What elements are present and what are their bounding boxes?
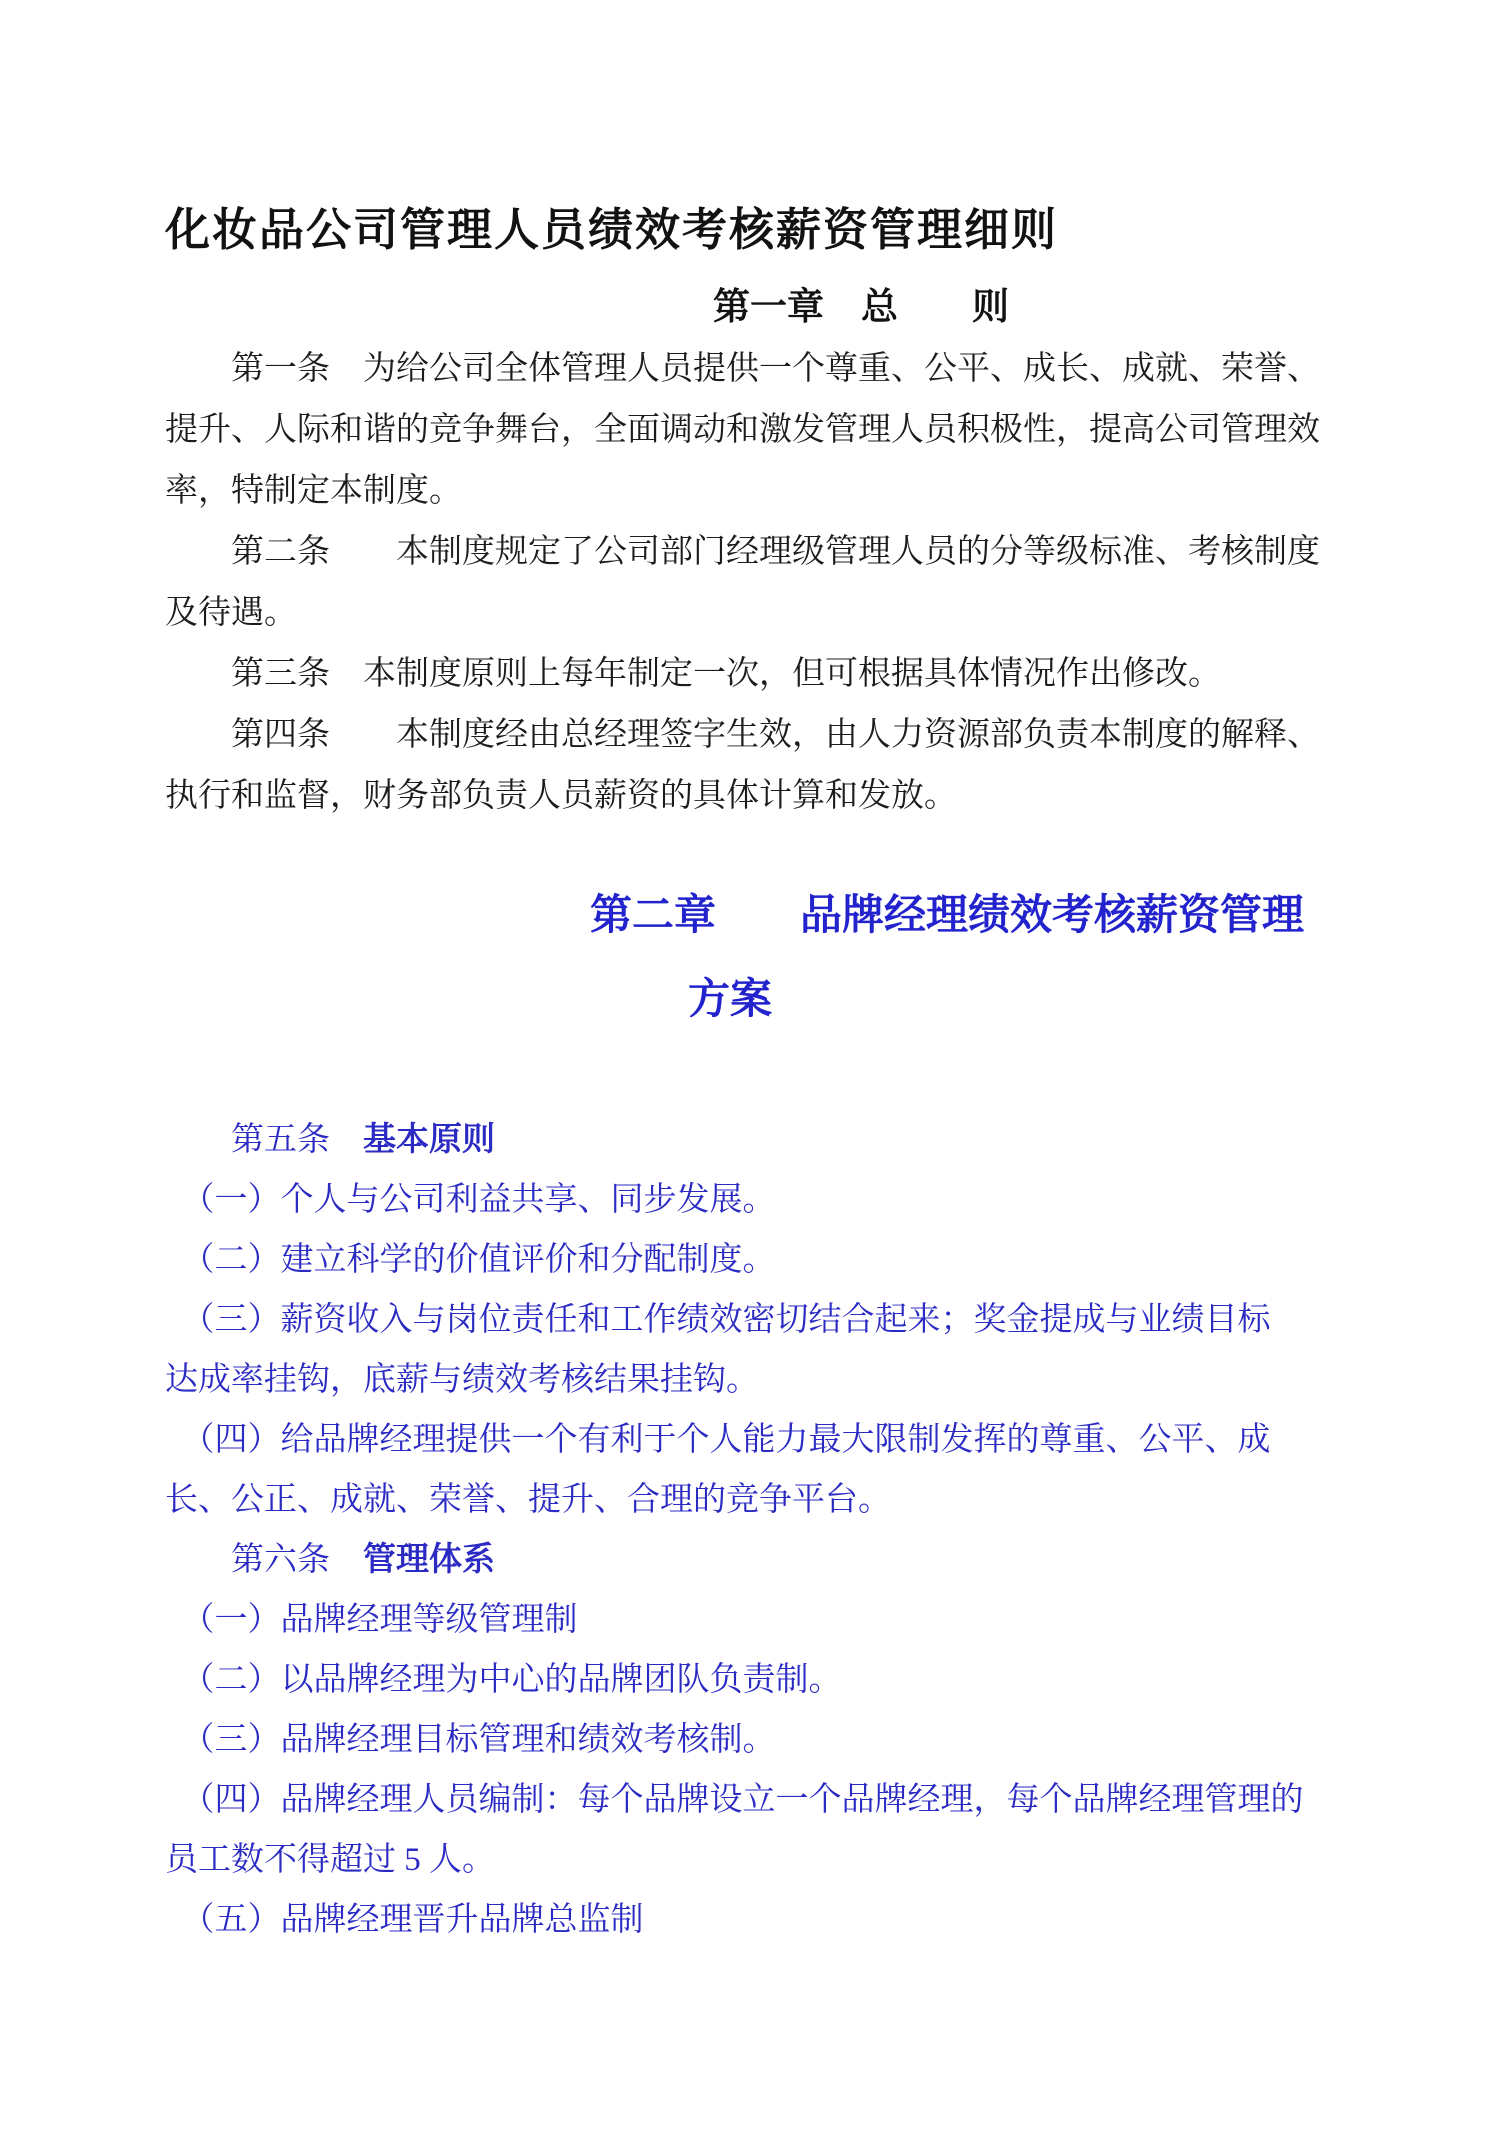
article6-item4-line1: （四）品牌经理人员编制：每个品牌设立一个品牌经理，每个品牌经理管理的 — [165, 1770, 1345, 1830]
article4-line1: 第四条 本制度经由总经理签字生效，由人力资源部负责本制度的解释、 — [165, 705, 1345, 766]
article6-item3: （三）品牌经理目标管理和绩效考核制。 — [165, 1710, 1345, 1770]
chapter2-heading-line2: 方案 — [688, 966, 772, 1026]
article1-line1: 第一条 为给公司全体管理人员提供一个尊重、公平、成长、成就、荣誉、 — [165, 339, 1345, 400]
article5-item3-line1: （三）薪资收入与岗位责任和工作绩效密切结合起来；奖金提成与业绩目标 — [165, 1290, 1345, 1350]
article2-line2: 及待遇。 — [165, 583, 1345, 644]
article5-item4-line2: 长、公正、成就、荣誉、提升、合理的竞争平台。 — [165, 1470, 1345, 1530]
article6-title: 管理体系 — [363, 1542, 495, 1578]
chapter2-body: 第五条 基本原则 （一）个人与公司利益共享、同步发展。 （二）建立科学的价值评价… — [165, 1110, 1345, 1950]
article4-line2: 执行和监督，财务部负责人员薪资的具体计算和发放。 — [165, 766, 1345, 827]
article5-item1: （一）个人与公司利益共享、同步发展。 — [165, 1170, 1345, 1230]
chapter1-body: 第一条 为给公司全体管理人员提供一个尊重、公平、成长、成就、荣誉、 提升、人际和… — [165, 339, 1345, 827]
article6-item4-line2: 员工数不得超过 5 人。 — [165, 1830, 1345, 1890]
chapter1-heading: 第一章 总 则 — [713, 276, 1009, 330]
article6-item5: （五）品牌经理晋升品牌总监制 — [165, 1890, 1345, 1950]
article1-line2: 提升、人际和谐的竞争舞台，全面调动和激发管理人员积极性，提高公司管理效 — [165, 400, 1345, 461]
document-page: 化妆品公司管理人员绩效考核薪资管理细则 第一章 总 则 第一条 为给公司全体管理… — [0, 0, 1508, 2132]
article5-item4-line1: （四）给品牌经理提供一个有利于个人能力最大限制发挥的尊重、公平、成 — [165, 1410, 1345, 1470]
article5-item3-line2: 达成率挂钩，底薪与绩效考核结果挂钩。 — [165, 1350, 1345, 1410]
article3-line1: 第三条 本制度原则上每年制定一次，但可根据具体情况作出修改。 — [165, 644, 1345, 705]
article5-label: 第五条 — [165, 1122, 363, 1158]
article6-item1: （一）品牌经理等级管理制 — [165, 1590, 1345, 1650]
article2-line1: 第二条 本制度规定了公司部门经理级管理人员的分等级标准、考核制度 — [165, 522, 1345, 583]
article6-label: 第六条 — [165, 1542, 363, 1578]
article5-item2: （二）建立科学的价值评价和分配制度。 — [165, 1230, 1345, 1290]
document-content: 化妆品公司管理人员绩效考核薪资管理细则 第一章 总 则 第一条 为给公司全体管理… — [165, 0, 1345, 2132]
article5-heading: 第五条 基本原则 — [165, 1110, 1345, 1170]
chapter2-heading-line1: 第二章 品牌经理绩效考核薪资管理 — [590, 882, 1304, 942]
article5-title: 基本原则 — [363, 1122, 495, 1158]
article6-item2: （二）以品牌经理为中心的品牌团队负责制。 — [165, 1650, 1345, 1710]
document-title: 化妆品公司管理人员绩效考核薪资管理细则 — [165, 193, 1058, 258]
article6-heading: 第六条 管理体系 — [165, 1530, 1345, 1590]
article1-line3: 率，特制定本制度。 — [165, 461, 1345, 522]
